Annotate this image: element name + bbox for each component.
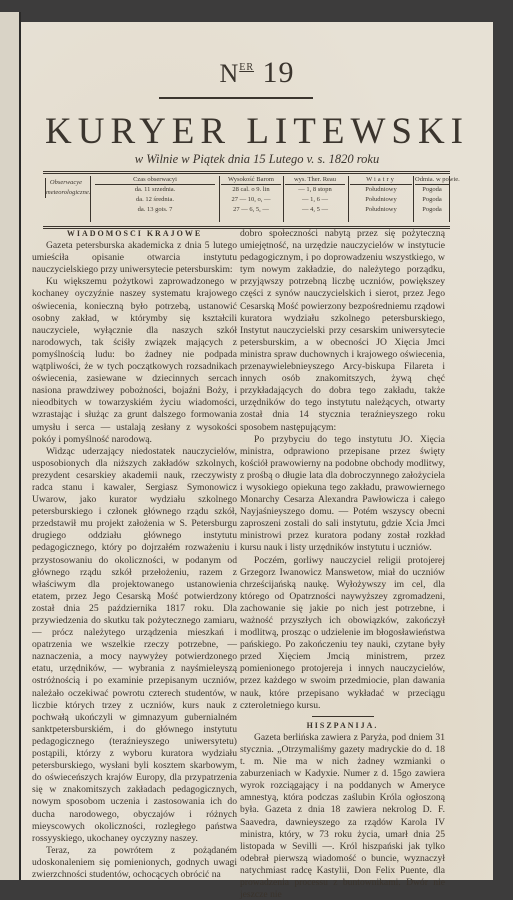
cell: da. 13 gois. 7 [95,205,215,215]
cell: — 1, 8 stopn [285,185,345,195]
issue-prefix-sup: ER [239,62,254,73]
divider [413,176,414,222]
cell: Pogoda [415,205,449,215]
section-divider [312,716,374,717]
divider [283,176,284,222]
issue-number-value: 19 [263,56,295,89]
paragraph: Ku większemu pożytkowi zaprowadzonego w … [32,276,237,445]
paragraph: Po przybyciu do tego instytutu JO. Xięci… [240,434,445,555]
issue-number: NER 19 [21,56,493,90]
col-header: Wiatry [350,176,412,185]
divider [90,176,91,222]
facing-page-edge [0,12,21,880]
weather-col-winds: Wiatry Południowy Południowy Południowy [350,176,412,222]
weather-col-time: Czas obserwacyi da. 11 srzednia. da. 12 … [95,176,215,222]
newspaper-page: NER 19 KURYER LITEWSKI w Wilnie w Piątek… [21,22,493,880]
cell: da. 12 średnia. [95,195,215,205]
weather-col-thermometer: wys. Ther. Reau — 1, 8 stopn — 1, 6 — — … [285,176,345,222]
paragraph: Poczém, gorliwy nauczyciel religii proto… [240,555,445,712]
paragraph: Widząc uderzający niedostatek nauczyciel… [32,446,237,845]
scanner-background [0,0,20,12]
cell: da. 11 srzednia. [95,185,215,195]
cell: Pogoda [415,195,449,205]
right-column: dobro społeczności nabytą przez się poży… [240,228,445,900]
weather-table: Obserwacye meteorologiczne. Czas obserwa… [43,171,450,229]
masthead-title: KURYER LITEWSKI [21,110,493,153]
col-header: Wysokość Barom [221,176,281,185]
cell: 27 — 10, o, — [221,195,281,205]
divider [219,176,220,222]
issue-prefix: N [219,59,239,88]
section-title-spain: HISZPANIJA. [240,720,445,732]
left-column: WIADOMOSCI KRAJOWE Gazeta petersburska a… [32,228,237,881]
cell: Pogoda [415,185,449,195]
title-rule [159,97,313,99]
col-header: wys. Ther. Reau [285,176,345,185]
weather-col-conditions: Odmia. w powie. Pogoda Pogoda Pogoda [415,176,449,222]
paragraph: Gazeta petersburska akademicka z dnia 5 … [32,240,237,276]
cell: Południowy [350,185,412,195]
col-header: Odmia. w powie. [415,176,449,185]
cell: — 1, 6 — [285,195,345,205]
cell: 28 cal. o 9. lin [221,185,281,195]
divider [348,176,349,222]
weather-label: Obserwacye meteorologiczne. [45,178,86,198]
cell: — 4, 5 — [285,205,345,215]
cell: Południowy [350,195,412,205]
section-title-domestic-news: WIADOMOSCI KRAJOWE [32,228,237,240]
paragraph: dobro społeczności nabytą przez się poży… [240,228,445,434]
dateline: w Wilnie w Piątek dnia 15 Lutego v. s. 1… [21,152,493,167]
cell: Południowy [350,205,412,215]
col-header: Czas obserwacyi [95,176,215,185]
divider [449,176,450,222]
paragraph: Teraz, za powrótem z pożądaném udoskonal… [32,845,237,881]
paragraph: Gazeta berlińska zawiera z Paryża, pod d… [240,732,445,900]
cell: 27 — 6, 5, — [221,205,281,215]
weather-col-barometer: Wysokość Barom 28 cal. o 9. lin 27 — 10,… [221,176,281,222]
